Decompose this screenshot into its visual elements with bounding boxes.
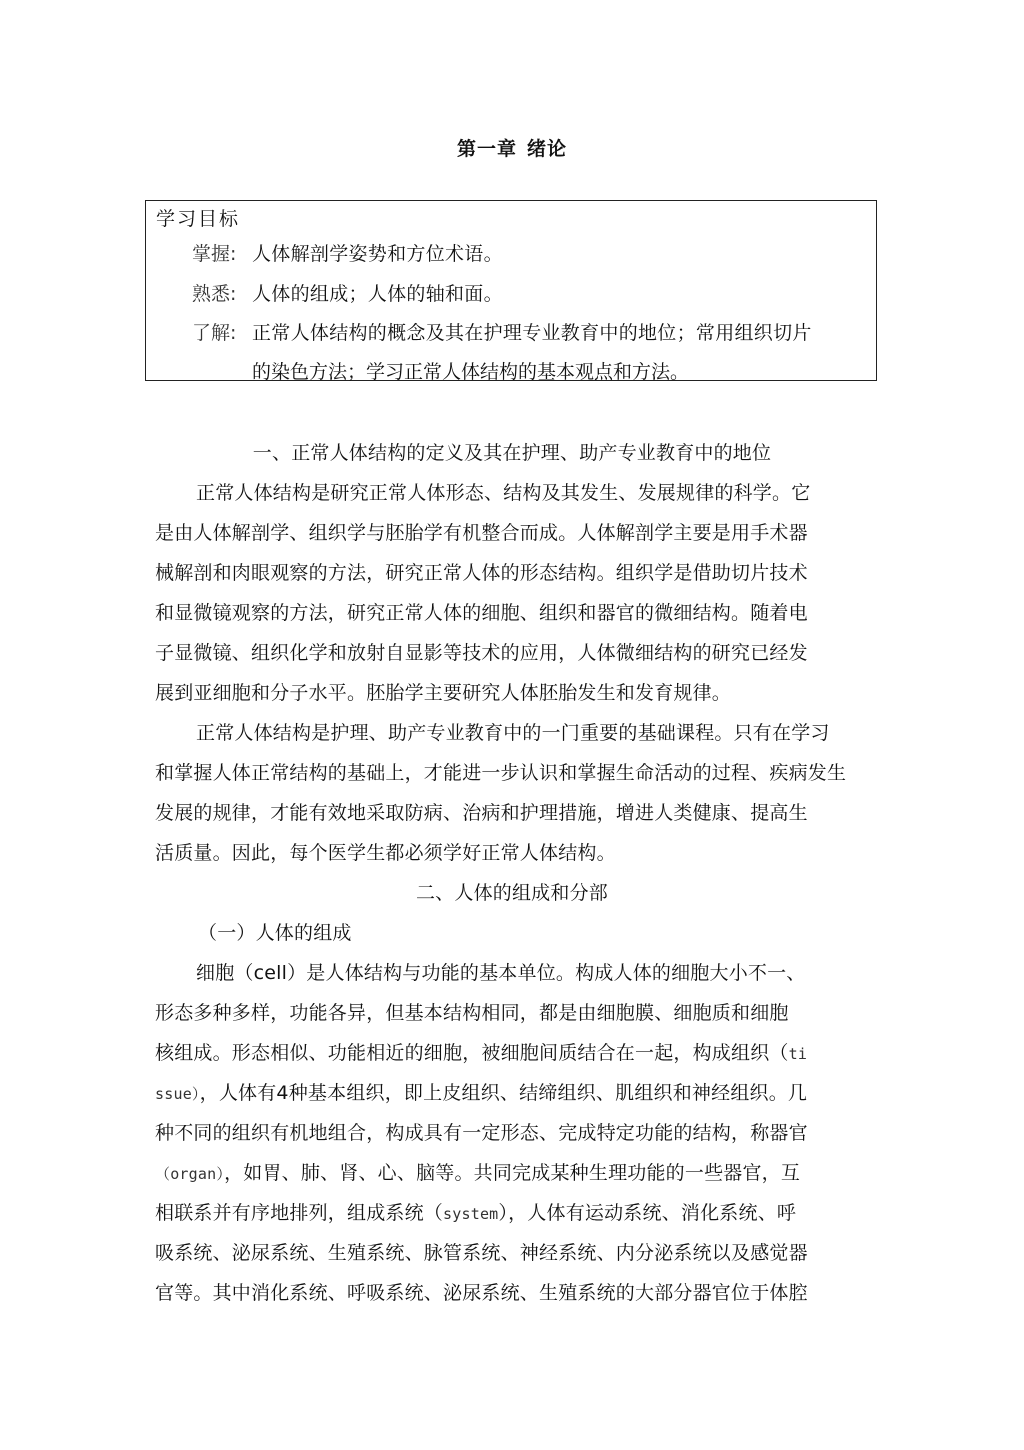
term-system: system <box>443 1205 498 1223</box>
text-run: ），人体有运动系统、消化系统、呼 <box>498 1202 796 1224</box>
learning-goals-box: 学习目标 掌握:人体解剖学姿势和方位术语。 熟悉:人体的组成；人体的轴和面。 了… <box>145 200 877 381</box>
paragraph-line: 械解剖和肉眼观察的方法，研究正常人体的形态结构。组织学是借助切片技术 <box>155 558 870 585</box>
term-tissue: ssue） <box>155 1085 200 1103</box>
term-tissue: ti <box>789 1045 807 1063</box>
goal-text: 正常人体结构的概念及其在护理专业教育中的地位；常用组织切片 <box>252 322 812 344</box>
section2-heading: 二、人体的组成和分部 <box>0 878 1024 905</box>
goal-label: 了解: <box>192 318 252 345</box>
paragraph-line: 种不同的组织有机地组合，构成具有一定形态、完成特定功能的结构，称器官 <box>155 1118 870 1145</box>
term-cell: cell <box>254 962 288 984</box>
text-run: 细胞（ <box>196 962 254 984</box>
paragraph-line: 子显微镜、组织化学和放射自显影等技术的应用，人体微细结构的研究已经发 <box>155 638 870 665</box>
goal-master: 掌握:人体解剖学姿势和方位术语。 <box>192 239 503 266</box>
text-run: ，人体有4种基本组织，即上皮组织、结缔组织、肌组织和神经组织。几 <box>200 1082 808 1104</box>
goal-label: 掌握: <box>192 239 252 266</box>
text-run: ，如胃、肺、肾、心、脑等。共同完成某种生理功能的一些器官，互 <box>224 1162 800 1184</box>
paragraph-line: 正常人体结构是护理、助产专业教育中的一门重要的基础课程。只有在学习 <box>196 718 911 745</box>
paragraph-line: ssue），人体有4种基本组织，即上皮组织、结缔组织、肌组织和神经组织。几 <box>155 1078 870 1105</box>
paragraph-line: 活质量。因此，每个医学生都必须学好正常人体结构。 <box>155 838 870 865</box>
section1-heading: 一、正常人体结构的定义及其在护理、助产专业教育中的地位 <box>0 438 1024 465</box>
text-run: 核组成。形态相似、功能相近的细胞，被细胞间质结合在一起，构成组织（ <box>155 1042 789 1064</box>
paragraph-line: 官等。其中消化系统、呼吸系统、泌尿系统、生殖系统的大部分器官位于体腔 <box>155 1278 870 1305</box>
text-run: 相联系并有序地排列，组成系统（ <box>155 1202 443 1224</box>
goal-label: 熟悉: <box>192 279 252 306</box>
paragraph-line: 形态多种多样，功能各异，但基本结构相同，都是由细胞膜、细胞质和细胞 <box>155 998 870 1025</box>
paragraph-line: 吸系统、泌尿系统、生殖系统、脉管系统、神经系统、内分泌系统以及感觉器 <box>155 1238 870 1265</box>
document-page: 第一章绪论 学习目标 掌握:人体解剖学姿势和方位术语。 熟悉:人体的组成；人体的… <box>0 0 1024 1450</box>
paragraph-line: 和显微镜观察的方法，研究正常人体的细胞、组织和器官的微细结构。随着电 <box>155 598 870 625</box>
goal-understand: 了解:正常人体结构的概念及其在护理专业教育中的地位；常用组织切片 <box>192 318 812 345</box>
learning-goals-heading: 学习目标 <box>156 204 240 231</box>
goal-familiar: 熟悉:人体的组成；人体的轴和面。 <box>192 279 503 306</box>
paragraph-line: （organ），如胃、肺、肾、心、脑等。共同完成某种生理功能的一些器官，互 <box>155 1158 870 1185</box>
chapter-number: 第一章 <box>457 138 517 160</box>
paragraph-line: 发展的规律，才能有效地采取防病、治病和护理措施，增进人类健康、提高生 <box>155 798 870 825</box>
chapter-name: 绪论 <box>527 138 567 160</box>
paragraph-line: 和掌握人体正常结构的基础上，才能进一步认识和掌握生命活动的过程、疾病发生 <box>155 758 870 785</box>
paragraph-line: 核组成。形态相似、功能相近的细胞，被细胞间质结合在一起，构成组织（ti <box>155 1038 870 1065</box>
goal-text: 人体的组成；人体的轴和面。 <box>252 283 503 305</box>
paragraph-line: 相联系并有序地排列，组成系统（system），人体有运动系统、消化系统、呼 <box>155 1198 870 1225</box>
paragraph-line: 是由人体解剖学、组织学与胚胎学有机整合而成。人体解剖学主要是用手术器 <box>155 518 870 545</box>
paragraph-line: 细胞（cell）是人体结构与功能的基本单位。构成人体的细胞大小不一、 <box>196 958 911 985</box>
text-run: ）是人体结构与功能的基本单位。构成人体的细胞大小不一、 <box>287 962 805 984</box>
section2-subheading: （一）人体的组成 <box>198 918 913 945</box>
paragraph-line: 展到亚细胞和分子水平。胚胎学主要研究人体胚胎发生和发育规律。 <box>155 678 870 705</box>
term-organ: （organ） <box>155 1165 224 1183</box>
paragraph-line: 正常人体结构是研究正常人体形态、结构及其发生、发展规律的科学。它 <box>196 478 911 505</box>
chapter-title: 第一章绪论 <box>0 134 1024 161</box>
goal-text: 人体解剖学姿势和方位术语。 <box>252 243 503 265</box>
goal-understand-continued: 的染色方法；学习正常人体结构的基本观点和方法。 <box>252 357 689 384</box>
